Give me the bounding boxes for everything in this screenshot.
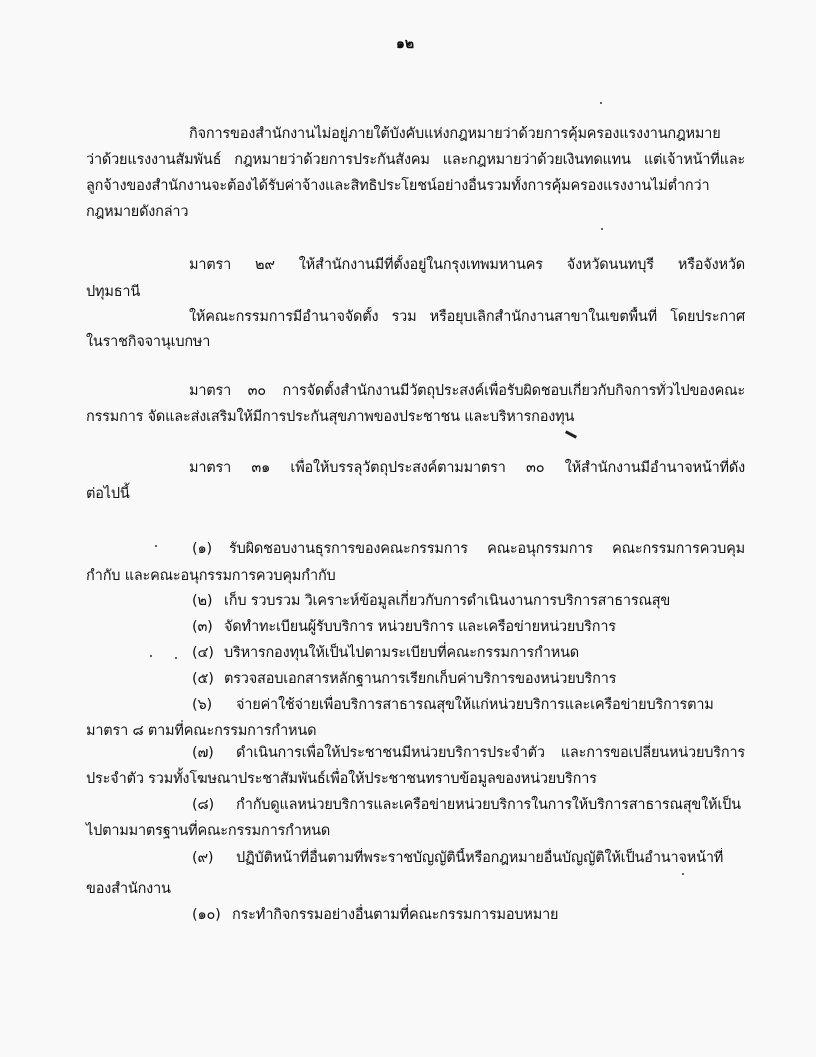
scan-mark xyxy=(565,430,577,438)
item-continuation: ของสำนักงาน xyxy=(86,879,171,899)
item-continuation: ประจำตัว รวมทั้งโฆษณาประชาสัมพันธ์เพื่อใ… xyxy=(86,769,597,789)
paragraph-line: ต่อไปนี้ xyxy=(86,484,130,504)
paragraph-line: ในราชกิจจานุเบกษา xyxy=(86,332,210,352)
scan-speck xyxy=(600,102,602,104)
page-number: ๑๒ xyxy=(396,33,414,55)
item-label: (๔) xyxy=(192,643,214,663)
item-label: (๗) xyxy=(192,743,214,763)
item-text: กระทำกิจกรรมอย่างอื่นตามที่คณะกรรมการมอบ… xyxy=(232,905,558,925)
section-29-heading-line: มาตรา ๒๙ ให้สำนักงานมีที่ตั้งอยู่ในกรุงเ… xyxy=(189,255,745,277)
document-page: ๑๒ กิจการของสำนักงานไม่อยู่ภายใต้บังคับแ… xyxy=(0,0,816,1057)
item-label: (๒) xyxy=(192,591,212,611)
item-continuation: กำกับ และคณะอนุกรรมการควบคุมกำกับ xyxy=(86,566,336,586)
item-continuation: ไปตามมาตรฐานที่คณะกรรมการกำหนด xyxy=(86,821,330,841)
item-label: (๓) xyxy=(192,617,213,637)
item-label: (๑๐) xyxy=(192,905,221,925)
item-text: รับผิดชอบงานธุรการของคณะกรรมการ คณะอนุกร… xyxy=(229,539,745,561)
item-label: (๕) xyxy=(192,669,214,689)
item-label: (๘) xyxy=(192,795,214,815)
item-label: (๙) xyxy=(192,848,213,868)
scan-speck xyxy=(175,657,177,659)
item-text: ตรวจสอบเอกสารหลักฐานการเรียกเก็บค่าบริกา… xyxy=(224,669,616,689)
section-31-heading-line: มาตรา ๓๑ เพื่อให้บรรลุวัตถุประสงค์ตามมาต… xyxy=(189,458,745,480)
paragraph-line: ให้คณะกรรมการมีอำนาจจัดตั้ง รวม หรือยุบเ… xyxy=(189,307,745,329)
paragraph-line: กรรมการ จัดและส่งเสริมให้มีการประกันสุขภ… xyxy=(86,407,574,427)
item-text: กำกับดูแลหน่วยบริการและเครือข่ายหน่วยบริ… xyxy=(236,795,745,817)
paragraph-line: ลูกจ้างของสำนักงานจะต้องได้รับค่าจ้างและ… xyxy=(86,176,745,198)
scan-speck xyxy=(150,655,152,657)
scan-speck xyxy=(682,873,684,875)
item-text: ปฏิบัติหน้าที่อื่นตามที่พระราชบัญญัตินี้… xyxy=(236,848,745,870)
item-label: (๖) xyxy=(192,695,212,715)
scan-speck xyxy=(601,228,603,230)
item-label: (๑) xyxy=(192,539,212,559)
scan-speck xyxy=(155,545,157,547)
item-continuation: มาตรา ๘ ตามที่คณะกรรมการกำหนด xyxy=(86,721,316,741)
item-text: เก็บ รวบรวม วิเคราะห์ข้อมูลเกี่ยวกับการด… xyxy=(224,591,670,611)
item-text: ดำเนินการเพื่อให้ประชาชนมีหน่วยบริการประ… xyxy=(236,743,745,765)
paragraph-line: ว่าด้วยแรงงานสัมพันธ์ กฎหมายว่าด้วยการปร… xyxy=(86,150,745,172)
item-text: จ่ายค่าใช้จ่ายเพื่อบริการสาธารณสุขให้แก่… xyxy=(236,695,745,717)
paragraph-line: กฎหมายดังกล่าว xyxy=(86,202,188,222)
paragraph-line: กิจการของสำนักงานไม่อยู่ภายใต้บังคับแห่ง… xyxy=(189,124,745,146)
section-30-heading-line: มาตรา ๓๐ การจัดตั้งสำนักงานมีวัตถุประสงค… xyxy=(189,381,745,403)
item-text: บริหารกองทุนให้เป็นไปตามระเบียบที่คณะกรร… xyxy=(224,643,579,663)
paragraph-line: ปทุมธานี xyxy=(86,282,140,302)
item-text: จัดทำทะเบียนผู้รับบริการ หน่วยบริการ และ… xyxy=(224,617,616,637)
